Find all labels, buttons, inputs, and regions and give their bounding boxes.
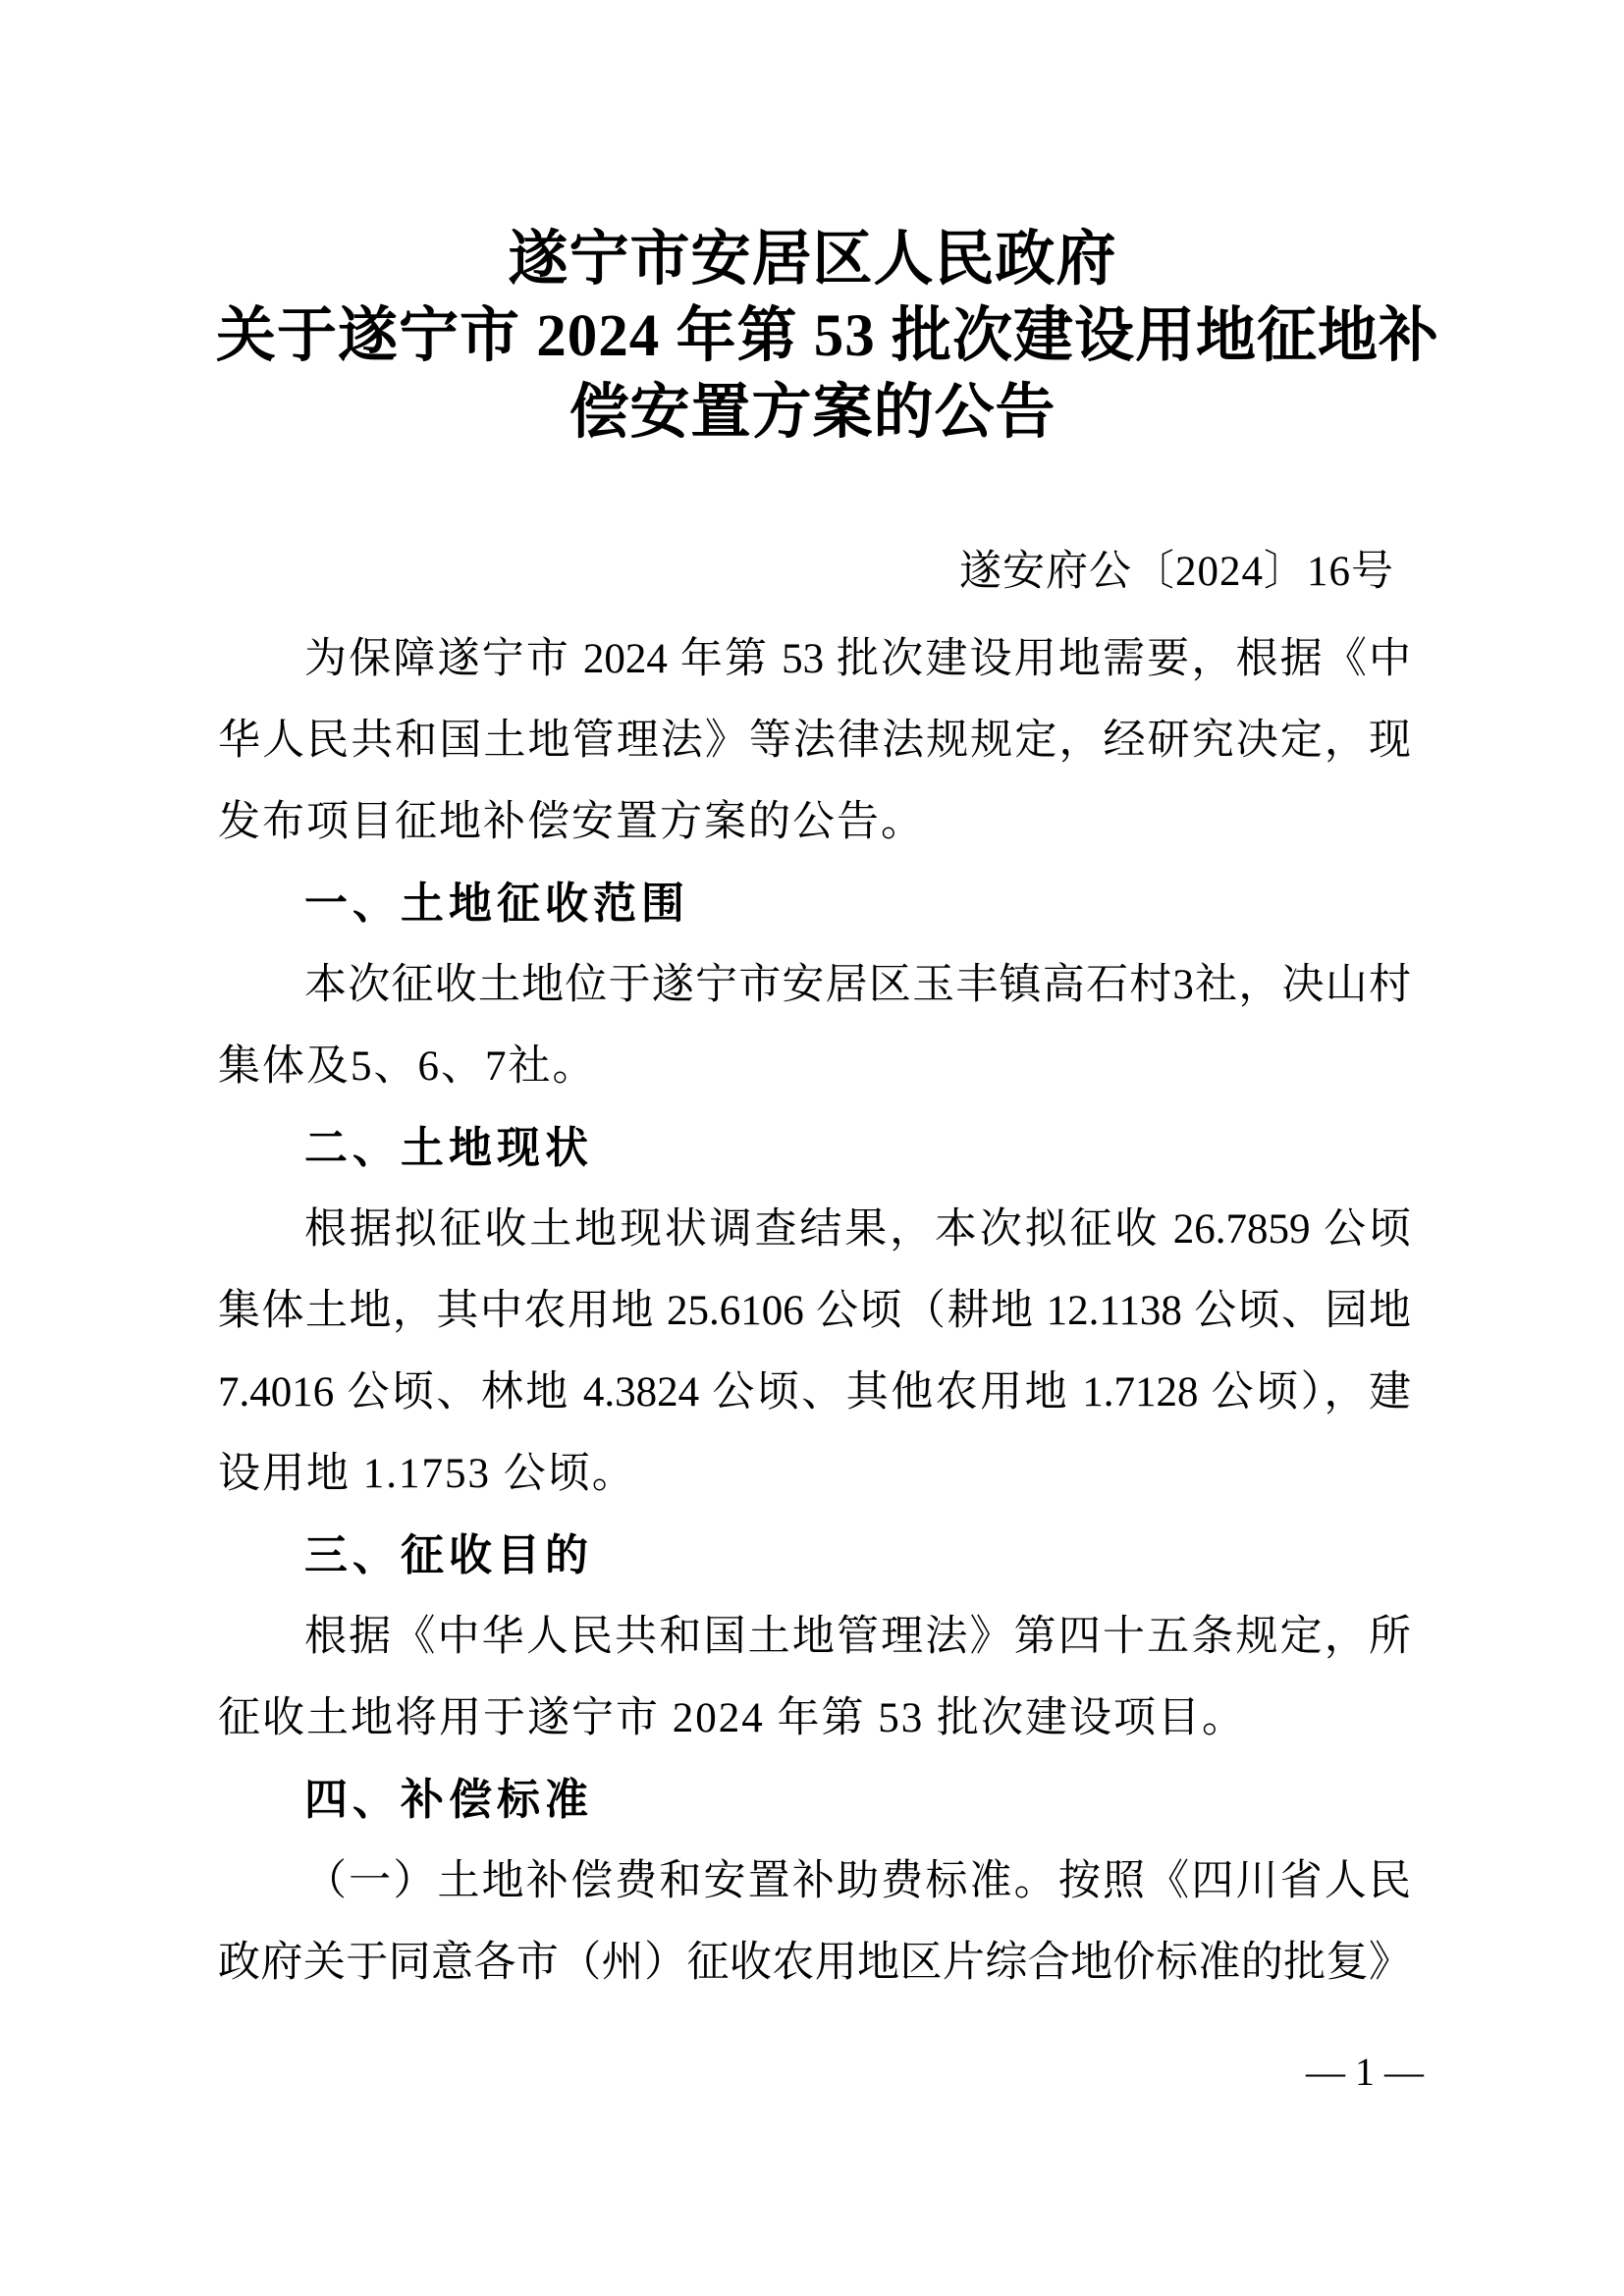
title-line-1: 遂宁市安居区人民政府 — [216, 222, 1409, 298]
body-text-line: 本次征收土地位于遂宁市安居区玉丰镇高石村3社，决山村 — [218, 944, 1411, 1026]
doc-number: 遂安府公〔2024〕16号 — [216, 546, 1394, 599]
body-text-line: 7.4016 公顷、林地 4.3824 公顷、其他农用地 1.7128 公顷），… — [218, 1352, 1411, 1433]
title-line-3: 偿安置方案的公告 — [216, 375, 1409, 452]
body-text-line: 根据《中华人民共和国土地管理法》第四十五条规定，所 — [218, 1596, 1411, 1678]
section-heading-3: 三、征收目的 — [218, 1515, 1411, 1596]
section-heading-1: 一、土地征收范围 — [218, 863, 1411, 944]
title-line-2: 关于遂宁市 2024 年第 53 批次建设用地征地补 — [216, 298, 1409, 375]
document-title: 遂宁市安居区人民政府 关于遂宁市 2024 年第 53 批次建设用地征地补 偿安… — [216, 222, 1409, 452]
document-page: 遂宁市安居区人民政府 关于遂宁市 2024 年第 53 批次建设用地征地补 偿安… — [0, 0, 1624, 2296]
section-heading-2: 二、土地现状 — [218, 1107, 1411, 1189]
body-text-line: 发布项目征地补偿安置方案的公告。 — [218, 781, 1411, 863]
document-body: 为保障遂宁市 2024 年第 53 批次建设用地需要，根据《中 华人民共和国土地… — [218, 618, 1411, 2003]
body-text-line: 集体及5、6、7社。 — [218, 1026, 1411, 1107]
body-text-line: 华人民共和国土地管理法》等法律法规规定，经研究决定，现 — [218, 700, 1411, 781]
body-text-line: （一）土地补偿费和安置补助费标准。按照《四川省人民 — [218, 1841, 1411, 1922]
body-text-line: 为保障遂宁市 2024 年第 53 批次建设用地需要，根据《中 — [218, 618, 1411, 700]
body-text-line: 设用地 1.1753 公顷。 — [218, 1433, 1411, 1515]
body-text-line: 根据拟征收土地现状调查结果，本次拟征收 26.7859 公顷 — [218, 1189, 1411, 1270]
body-text-line: 政府关于同意各市（州）征收农用地区片综合地价标准的批复》 — [218, 1922, 1411, 2003]
section-heading-4: 四、补偿标准 — [218, 1759, 1411, 1841]
body-text-line: 集体土地，其中农用地 25.6106 公顷（耕地 12.1138 公顷、园地 — [218, 1270, 1411, 1352]
body-text-line: 征收土地将用于遂宁市 2024 年第 53 批次建设项目。 — [218, 1678, 1411, 1759]
page-number: — 1 — — [1306, 2050, 1424, 2094]
page-footer: — 1 — — [218, 2048, 1424, 2097]
